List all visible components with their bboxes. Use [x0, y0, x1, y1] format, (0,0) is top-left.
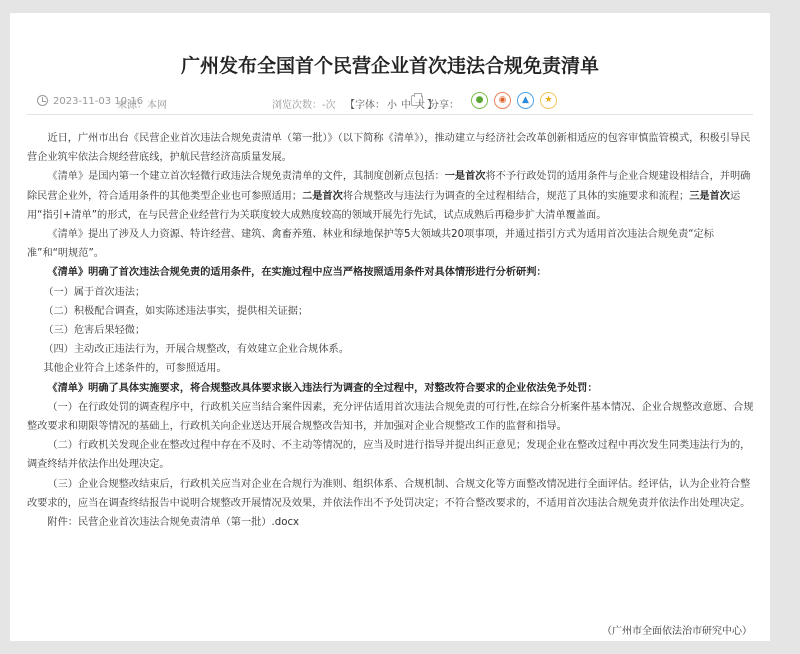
share-label: 分享：	[429, 96, 459, 111]
weibo-icon[interactable]: ◉	[494, 92, 511, 109]
article-meta-bar: 2023-11-03 10:16 来源：本网 浏览次数：-次 【字体：小中大】 …	[27, 93, 753, 115]
condition-item: （一）属于首次违法；	[27, 283, 754, 302]
attachment-link[interactable]: 民营企业首次违法合规免责清单（第一批）.docx	[78, 517, 299, 528]
section-heading-conditions: 《清单》明确了首次违法合规免责的适用条件，在实施过程中应当严格按照适用条件对具体…	[27, 263, 754, 282]
paragraph-intro: 近日，广州市出台《民营企业首次违法合规免责清单（第一批）》（以下简称《清单》），…	[27, 129, 754, 167]
paragraph-innovations: 《清单》是国内第一个建立首次轻微行政违法合规免责清单的文件，其制度创新点包括：一…	[27, 167, 754, 225]
article-body: 近日，广州市出台《民营企业首次违法合规免责清单（第一批）》（以下简称《清单》），…	[27, 129, 754, 532]
attachment-label: 附件：	[47, 517, 78, 528]
article-title: 广州发布全国首个民营企业首次违法合规免责清单	[10, 51, 770, 78]
requirement-item: （一）在行政处罚的调查程序中，行政机关应当结合案件因素，充分评估适用首次违法合规…	[27, 398, 754, 436]
font-small-button[interactable]: 小	[387, 100, 397, 111]
font-medium-button[interactable]: 中	[401, 100, 411, 111]
wechat-icon[interactable]: ●	[471, 92, 488, 109]
condition-note: 其他企业符合上述条件的，可参照适用。	[27, 359, 754, 378]
font-label-open: 【字体：	[345, 100, 385, 111]
requirement-item: （二）行政机关发现企业在整改过程中存在不及时、不主动等情况的，应当及时进行指导并…	[27, 436, 754, 474]
article-author: （广州市全面依法治市研究中心）	[602, 622, 752, 637]
section-heading-requirements: 《清单》明确了具体实施要求，将合规整改具体要求嵌入违法行为调查的全过程中，对整改…	[27, 379, 754, 398]
font-size-selector: 【字体：小中大】	[345, 96, 437, 111]
qq-icon[interactable]: ▲	[517, 92, 534, 109]
condition-item: （三）危害后果轻微；	[27, 321, 754, 340]
requirement-item: （三）企业合规整改结束后，行政机关应当对企业在合规行为准则、组织体系、合规机制、…	[27, 475, 754, 513]
favorite-icon[interactable]: ★	[540, 92, 557, 109]
article-card: 广州发布全国首个民营企业首次违法合规免责清单 2023-11-03 10:16 …	[10, 13, 770, 641]
clock-icon	[37, 95, 48, 106]
print-icon[interactable]	[411, 95, 423, 106]
article-source: 来源：本网	[117, 96, 167, 111]
condition-item: （二）积极配合调查，如实陈述违法事实，提供相关证据；	[27, 302, 754, 321]
view-count: 浏览次数：-次	[272, 96, 336, 111]
condition-item: （四）主动改正违法行为，开展合规整改，有效建立企业合规体系。	[27, 340, 754, 359]
attachment: 附件：民营企业首次违法合规免责清单（第一批）.docx	[27, 513, 754, 532]
paragraph-scope: 《清单》提出了涉及人力资源、特许经营、建筑、禽畜养殖、林业和绿地保护等5大领域共…	[27, 225, 754, 263]
